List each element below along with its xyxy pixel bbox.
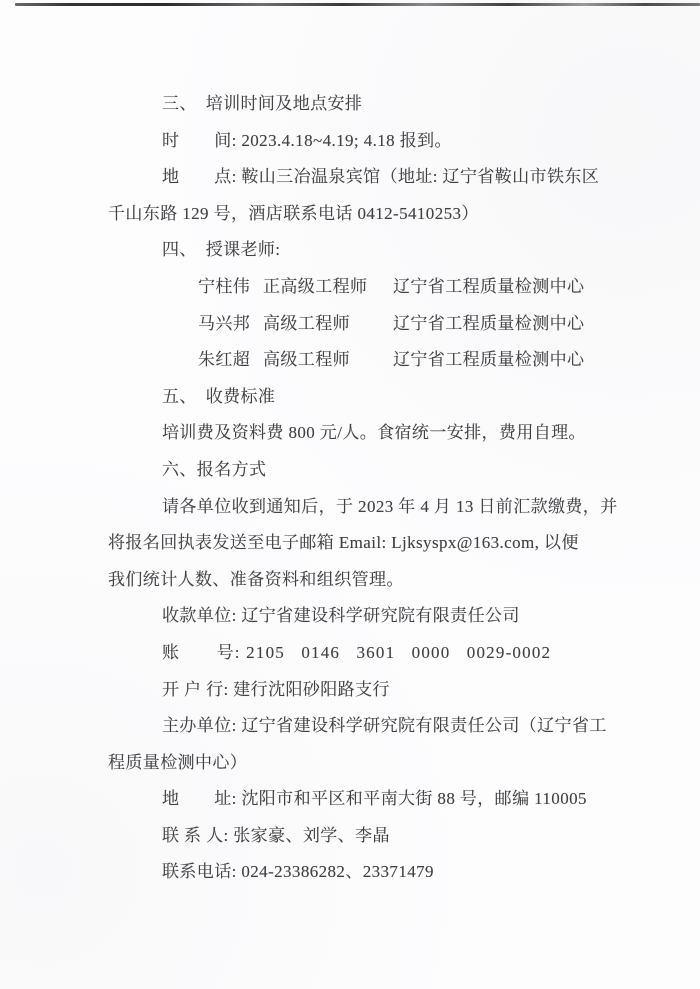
section-teachers: 四、 授课老师: 宁柱伟 正高级工程师 辽宁省工程质量检测中心 马兴邦 高级工程… (108, 232, 668, 378)
address-line: 地 址: 沈阳市和平区和平南大街 88 号，邮编 110005 (108, 781, 668, 818)
section-fees-heading: 五、 收费标准 (108, 379, 668, 416)
scanned-notice-page: 三、 培训时间及地点安排 时 间: 2023.4.18~4.19; 4.18 报… (0, 0, 700, 989)
training-time-line: 时 间: 2023.4.18~4.19; 4.18 报到。 (108, 123, 668, 160)
teacher-organization: 辽宁省工程质量检测中心 (393, 306, 668, 343)
teacher-name: 朱红超 (198, 342, 263, 379)
organizer-line: 主办单位: 辽宁省建设科学研究院有限责任公司（辽宁省工 (108, 708, 668, 745)
account-number-line: 账 号: 2105 0146 3601 0000 0029-0002 (108, 635, 668, 672)
section-training-schedule-heading: 三、 培训时间及地点安排 (108, 86, 668, 123)
registration-paragraph-line-2: 将报名回执表发送至电子邮箱 Email: Ljksyspx@163.com, 以… (108, 525, 668, 562)
contacts-line: 联 系 人: 张家豪、刘学、李晶 (108, 818, 668, 855)
teacher-row: 马兴邦 高级工程师 辽宁省工程质量检测中心 (108, 306, 668, 343)
section-fees: 五、 收费标准 培训费及资料费 800 元/人。食宿统一安排，费用自理。 (108, 379, 668, 452)
teacher-title: 高级工程师 (263, 306, 393, 343)
teacher-name: 马兴邦 (198, 306, 263, 343)
registration-paragraph-line-1: 请各单位收到通知后，于 2023 年 4 月 13 日前汇款缴费，并 (108, 489, 668, 526)
training-place-line: 地 点: 鞍山三冶温泉宾馆（地址: 辽宁省鞍山市铁东区 (108, 159, 668, 196)
payee-line: 收款单位: 辽宁省建设科学研究院有限责任公司 (108, 598, 668, 635)
scan-edge-line (15, 3, 700, 6)
document-body: 三、 培训时间及地点安排 时 间: 2023.4.18~4.19; 4.18 报… (108, 86, 668, 891)
teacher-title: 正高级工程师 (263, 269, 393, 306)
teacher-organization: 辽宁省工程质量检测中心 (393, 269, 668, 306)
teacher-title: 高级工程师 (263, 342, 393, 379)
fee-standard-line: 培训费及资料费 800 元/人。食宿统一安排，费用自理。 (108, 415, 668, 452)
organizer-line-continuation: 程质量检测中心） (108, 745, 668, 782)
teacher-name: 宁柱伟 (198, 269, 263, 306)
section-teachers-heading: 四、 授课老师: (108, 232, 668, 269)
section-registration: 六、报名方式 请各单位收到通知后，于 2023 年 4 月 13 日前汇款缴费，… (108, 452, 668, 891)
registration-paragraph-line-3: 我们统计人数、准备资料和组织管理。 (108, 562, 668, 599)
phone-line: 联系电话: 024-23386282、23371479 (108, 854, 668, 891)
teacher-row: 宁柱伟 正高级工程师 辽宁省工程质量检测中心 (108, 269, 668, 306)
bank-line: 开 户 行: 建行沈阳砂阳路支行 (108, 672, 668, 709)
training-place-line-continuation: 千山东路 129 号，酒店联系电话 0412-5410253） (108, 196, 668, 233)
teacher-organization: 辽宁省工程质量检测中心 (393, 342, 668, 379)
section-training-schedule: 三、 培训时间及地点安排 时 间: 2023.4.18~4.19; 4.18 报… (108, 86, 668, 232)
teacher-row: 朱红超 高级工程师 辽宁省工程质量检测中心 (108, 342, 668, 379)
section-registration-heading: 六、报名方式 (108, 452, 668, 489)
